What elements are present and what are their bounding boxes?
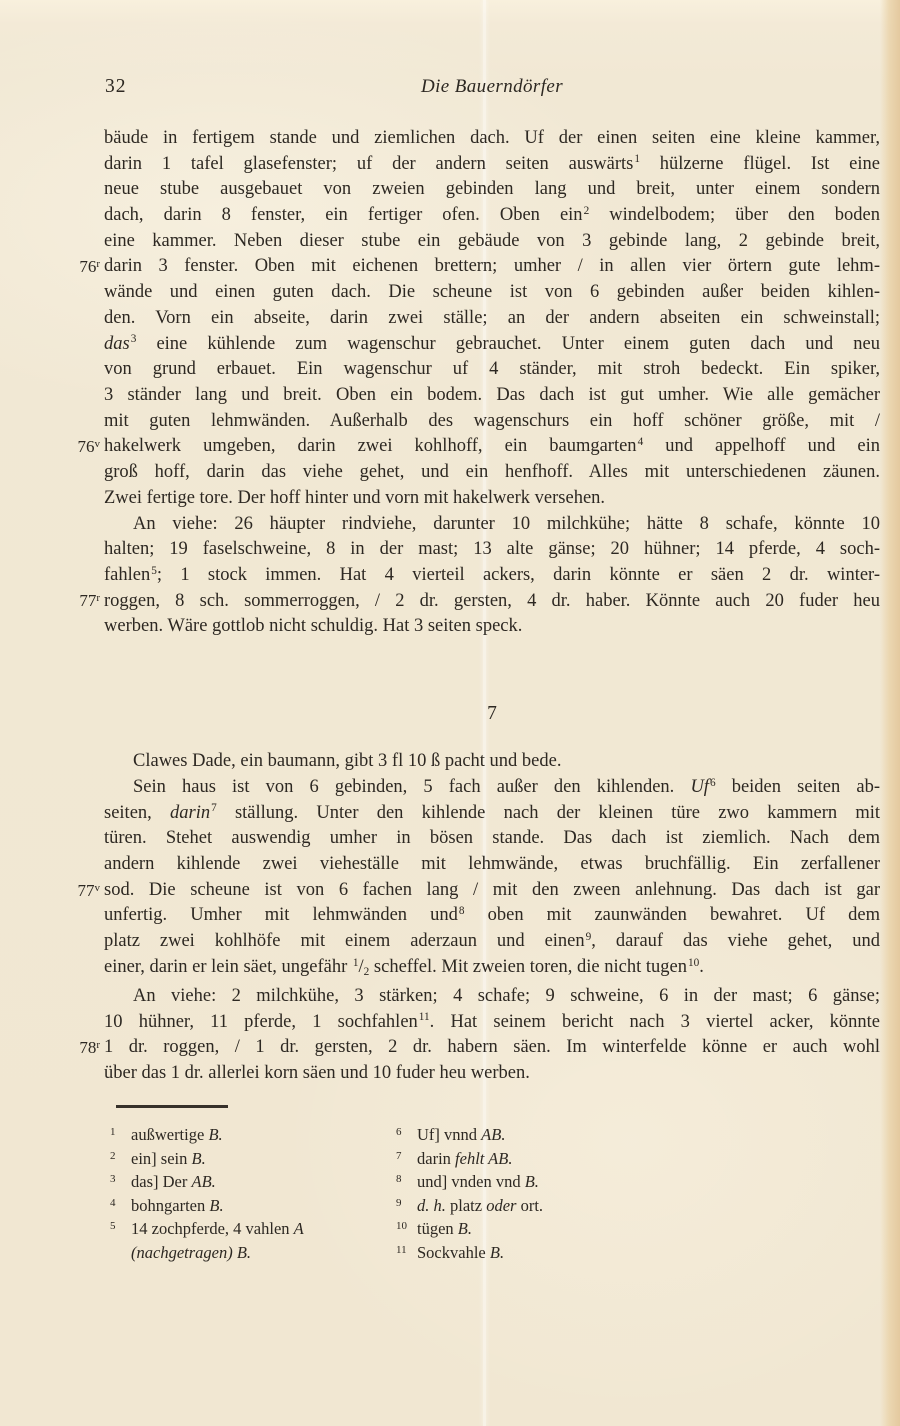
- footnote-line: 8und] vnden vnd B.: [396, 1170, 676, 1194]
- text-line: bäude in fertigem stande und ziemlichen …: [104, 126, 880, 152]
- footnote-line: 9d. h. platz oder ort.: [396, 1194, 676, 1218]
- footnote-line: 514 zochpferde, 4 vahlen A: [110, 1217, 390, 1241]
- folio-number: 77: [79, 591, 96, 610]
- footnote-number: 3: [110, 1168, 131, 1192]
- text-line: Zwei fertige tore. Der hoff hinter und v…: [104, 486, 880, 512]
- footnote-number: 8: [396, 1168, 417, 1192]
- footnote-line: 2ein] sein B.: [110, 1147, 390, 1171]
- folio-number: 76: [78, 437, 95, 456]
- footnote-line: (nachgetragen) B.: [110, 1241, 390, 1265]
- paragraph-house-description: bäude in fertigem stande und ziemlichen …: [104, 126, 880, 511]
- footnote-number: 2: [110, 1145, 131, 1169]
- paragraph-clawes-dade: Clawes Dade, ein baumann, gibt 3 fl 10 ß…: [104, 749, 880, 775]
- text-line: halten; 19 faselschweine, 8 in der mast;…: [104, 537, 880, 563]
- text-line: fahlen5; 1 stock immen. Hat 4 vierteil a…: [104, 563, 880, 589]
- footnote-line: 1außwertige B.: [110, 1123, 390, 1147]
- paragraph-farm-description: Sein haus ist von 6 gebinden, 5 fach auß…: [104, 775, 880, 981]
- running-title: Die Bauerndörfer: [104, 76, 880, 98]
- text-line: Sein haus ist von 6 gebinden, 5 fach auß…: [104, 775, 880, 801]
- text-line: roggen, 8 sch. sommerroggen, / 2 dr. ger…: [104, 589, 880, 615]
- folio-side: v: [95, 438, 101, 450]
- text-line: das3 eine kühlende zum wagenschur gebrau…: [104, 332, 880, 358]
- footnote-column-right: 6Uf] vnnd AB. 7darin fehlt AB. 8und] vnd…: [396, 1123, 676, 1264]
- footnote-text: und] vnden vnd B.: [417, 1172, 539, 1191]
- text-line: An viehe: 2 milchkühe, 3 stärken; 4 scha…: [104, 984, 880, 1010]
- footnote-rule: [116, 1105, 228, 1108]
- footnote-number: 4: [110, 1192, 131, 1216]
- folio-side: r: [96, 592, 100, 604]
- text-line: darin 1 tafel glasefenster; uf der ander…: [104, 152, 880, 178]
- text-line: groß hoff, darin das viehe gehet, und ei…: [104, 460, 880, 486]
- footnote-text: tügen B.: [417, 1219, 472, 1238]
- text-line: platz zwei kohlhöfe mit einem aderzaun u…: [104, 929, 880, 955]
- text-line: sod. Die scheune ist von 6 fachen lang /…: [104, 878, 880, 904]
- footnote-number: 10: [396, 1215, 417, 1239]
- footnote-text: außwertige B.: [131, 1125, 223, 1144]
- text-line: eine kammer. Neben dieser stube ein gebä…: [104, 229, 880, 255]
- footnote-text: Sockvahle B.: [417, 1243, 504, 1262]
- footnote-number: 5: [110, 1215, 131, 1239]
- footnote-line: 11Sockvahle B.: [396, 1241, 676, 1265]
- margin-note-77v: 77v: [62, 878, 100, 906]
- text-line: Clawes Dade, ein baumann, gibt 3 fl 10 ß…: [104, 749, 880, 775]
- text-line: neue stube ausgebauet von zweien gebinde…: [104, 177, 880, 203]
- footnote-number: 7: [396, 1145, 417, 1169]
- text-line: mit guten lehmwänden. Außerhalb des wage…: [104, 409, 880, 435]
- footnote-number: 11: [396, 1239, 417, 1263]
- text-line: andern kihlende zwei vieheställe mit leh…: [104, 852, 880, 878]
- text-line: türen. Stehet auswendig umher in bösen s…: [104, 826, 880, 852]
- text-line: wände und einen guten dach. Die scheune …: [104, 280, 880, 306]
- footnote-line: 3das] Der AB.: [110, 1170, 390, 1194]
- text-line: unfertig. Umher mit lehmwänden und8 oben…: [104, 903, 880, 929]
- margin-note-76r: 76r: [62, 254, 100, 282]
- footnote-text: 14 zochpferde, 4 vahlen A: [131, 1219, 304, 1238]
- folio-number: 78: [79, 1038, 96, 1057]
- margin-note-77r: 77r: [62, 588, 100, 616]
- text-line: werben. Wäre gottlob nicht schuldig. Hat…: [104, 614, 880, 640]
- footnote-line: 4bohngarten B.: [110, 1194, 390, 1218]
- paragraph-livestock-1: An viehe: 26 häupter rindviehe, darunter…: [104, 512, 880, 640]
- paragraph-livestock-2: An viehe: 2 milchkühe, 3 stärken; 4 scha…: [104, 984, 880, 1087]
- text-line: von grund erbauet. Ein wagenschur uf 4 s…: [104, 357, 880, 383]
- text-line: den. Vorn ein abseite, darin zwei ställe…: [104, 306, 880, 332]
- margin-note-76v: 76v: [62, 434, 100, 462]
- footnote-text: bohngarten B.: [131, 1196, 224, 1215]
- folio-side: r: [96, 258, 100, 270]
- footnote-text: Uf] vnnd AB.: [417, 1125, 505, 1144]
- footnote-text: das] Der AB.: [131, 1172, 216, 1191]
- footnote-column-left: 1außwertige B. 2ein] sein B. 3das] Der A…: [110, 1123, 390, 1264]
- folio-side: r: [96, 1039, 100, 1051]
- page-edge-shadow: [880, 0, 900, 1426]
- footnote-line: 10tügen B.: [396, 1217, 676, 1241]
- margin-note-78r: 78r: [62, 1035, 100, 1063]
- section-number: 7: [104, 701, 880, 727]
- book-page-scan: 32 Die Bauerndörfer 76r 76v 77r 77v 78r …: [0, 0, 900, 1426]
- footnote-text: d. h. platz oder ort.: [417, 1196, 543, 1215]
- footnote-number: 6: [396, 1121, 417, 1145]
- text-line: einer, darin er lein säet, ungefähr 1/2 …: [104, 955, 880, 981]
- footnote-text: (nachgetragen) B.: [131, 1243, 251, 1262]
- folio-number: 76: [79, 257, 96, 276]
- text-line: 1 dr. roggen, / 1 dr. gersten, 2 dr. hab…: [104, 1035, 880, 1061]
- text-line: hakelwerk umgeben, darin zwei kohlhoff, …: [104, 434, 880, 460]
- text-line: 3 ständer lang und breit. Oben ein bodem…: [104, 383, 880, 409]
- text-line: dach, darin 8 fenster, ein fertiger ofen…: [104, 203, 880, 229]
- footnote-line: 6Uf] vnnd AB.: [396, 1123, 676, 1147]
- text-line: An viehe: 26 häupter rindviehe, darunter…: [104, 512, 880, 538]
- text-line: über das 1 dr. allerlei korn säen und 10…: [104, 1061, 880, 1087]
- folio-number: 77: [78, 881, 95, 900]
- footnote-text: darin fehlt AB.: [417, 1149, 512, 1168]
- text-line: seiten, darin7 ställung. Unter den kihle…: [104, 801, 880, 827]
- text-line: darin 3 fenster. Oben mit eichenen brett…: [104, 254, 880, 280]
- text-line: 10 hühner, 11 pferde, 1 sochfahlen11. Ha…: [104, 1010, 880, 1036]
- footnote-line: 7darin fehlt AB.: [396, 1147, 676, 1171]
- footnote-number: 9: [396, 1192, 417, 1216]
- footnote-number: 1: [110, 1121, 131, 1145]
- folio-side: v: [95, 882, 101, 894]
- footnote-text: ein] sein B.: [131, 1149, 206, 1168]
